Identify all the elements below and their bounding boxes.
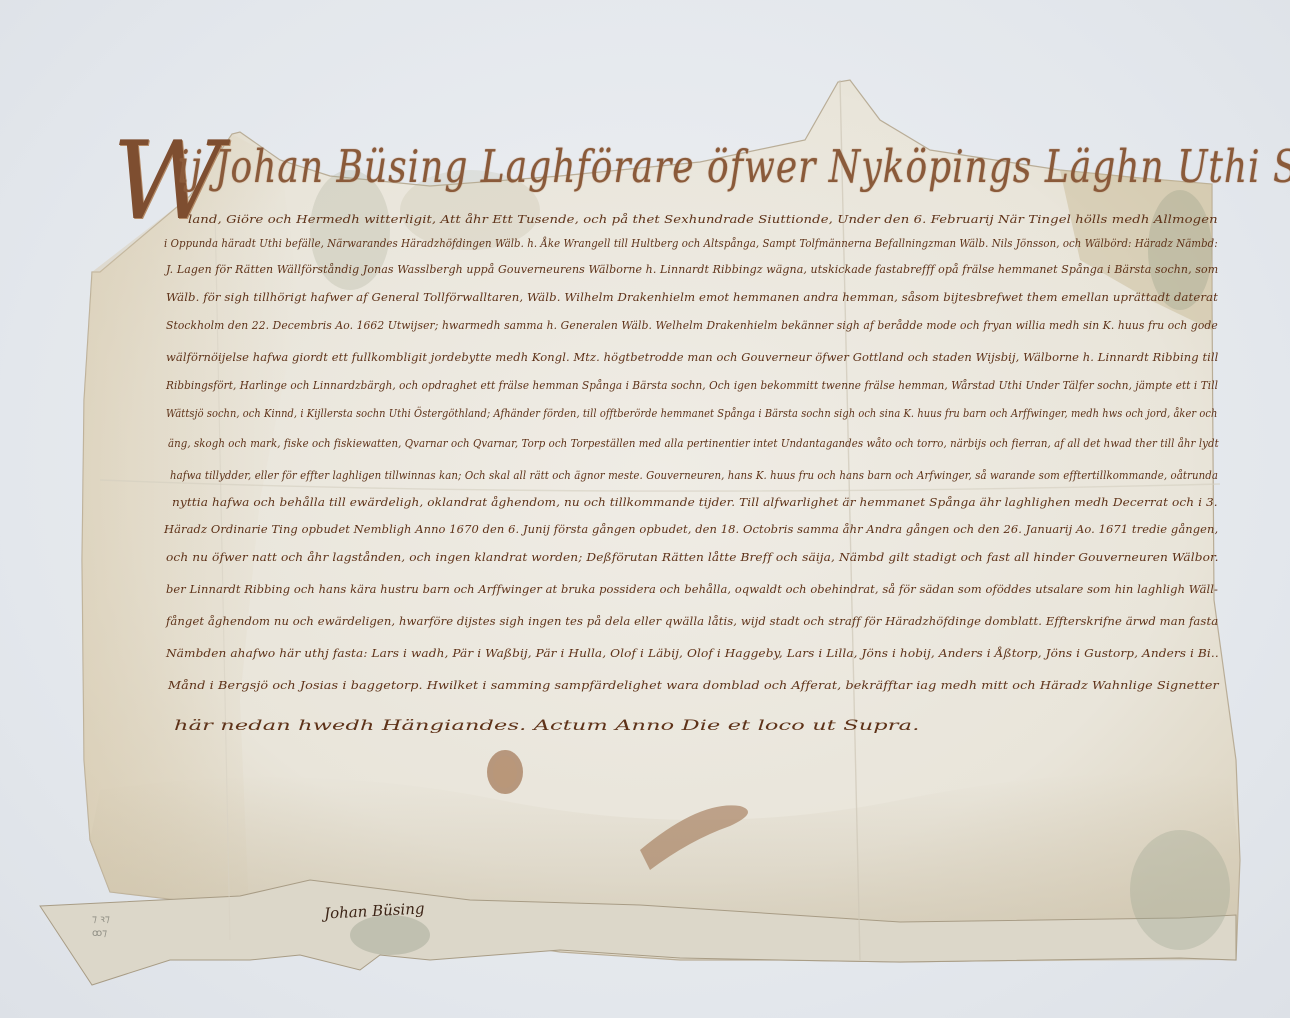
- flap-mark: ꝏ⁊: [92, 927, 110, 941]
- body-line: fånget åghendom nu och ewärdeligen, hwar…: [166, 614, 1218, 628]
- body-line: och nu öfwer natt och åhr lagstånden, oc…: [166, 550, 1219, 564]
- signature: Johan Büsing: [324, 899, 425, 922]
- body-line: hafwa tillydder, eller för effter laghli…: [170, 468, 1218, 482]
- closing-line: här nedan hwedh Hängiandes. Actum Anno D…: [174, 718, 919, 734]
- body-line: J. Lagen för Rätten Wällförståndig Jonas…: [166, 262, 1218, 276]
- body-line: Wättsjö sochn, och Kinnd, i Kijllersta s…: [166, 406, 1217, 420]
- document-text: W ij Johan Büsing Laghförare öfwer Nyköp…: [0, 0, 1290, 1018]
- body-line: Månd i Bergsjö och Josias i baggetorp. H…: [168, 678, 1219, 692]
- body-line: Ribbingsfört, Harlinge och Linnardzbärgh…: [166, 378, 1218, 392]
- flap-mark: ⁊ ꝛ⁊: [92, 913, 110, 927]
- body-line: wälförnöijelse hafwa giordt ett fullkomb…: [166, 350, 1218, 364]
- body-line: Häradz Ordinarie Ting opbudet Nembligh A…: [164, 522, 1218, 536]
- flap-marks: ⁊ ꝛ⁊ ꝏ⁊: [92, 913, 110, 941]
- body-line: i Oppunda häradt Uthi befälle, Närwarand…: [164, 236, 1218, 250]
- body-line: Wälb. för sigh tillhörigt hafwer af Gene…: [166, 290, 1218, 304]
- document-heading: ij Johan Büsing Laghförare öfwer Nyköpin…: [178, 142, 1290, 193]
- body-line: nyttia hafwa och behålla till ewärdeligh…: [172, 495, 1218, 509]
- body-line: ber Linnardt Ribbing och hans kära hustr…: [166, 582, 1218, 596]
- body-line: land, Giöre och Hermedh witterligit, Att…: [188, 212, 1218, 226]
- body-line: Nämbden ahafwo här uthj fasta: Lars i wa…: [166, 646, 1219, 660]
- body-line: Stockholm den 22. Decembris Ao. 1662 Utw…: [166, 318, 1218, 332]
- body-line: äng, skogh och mark, fiske och fiskiewat…: [168, 436, 1219, 450]
